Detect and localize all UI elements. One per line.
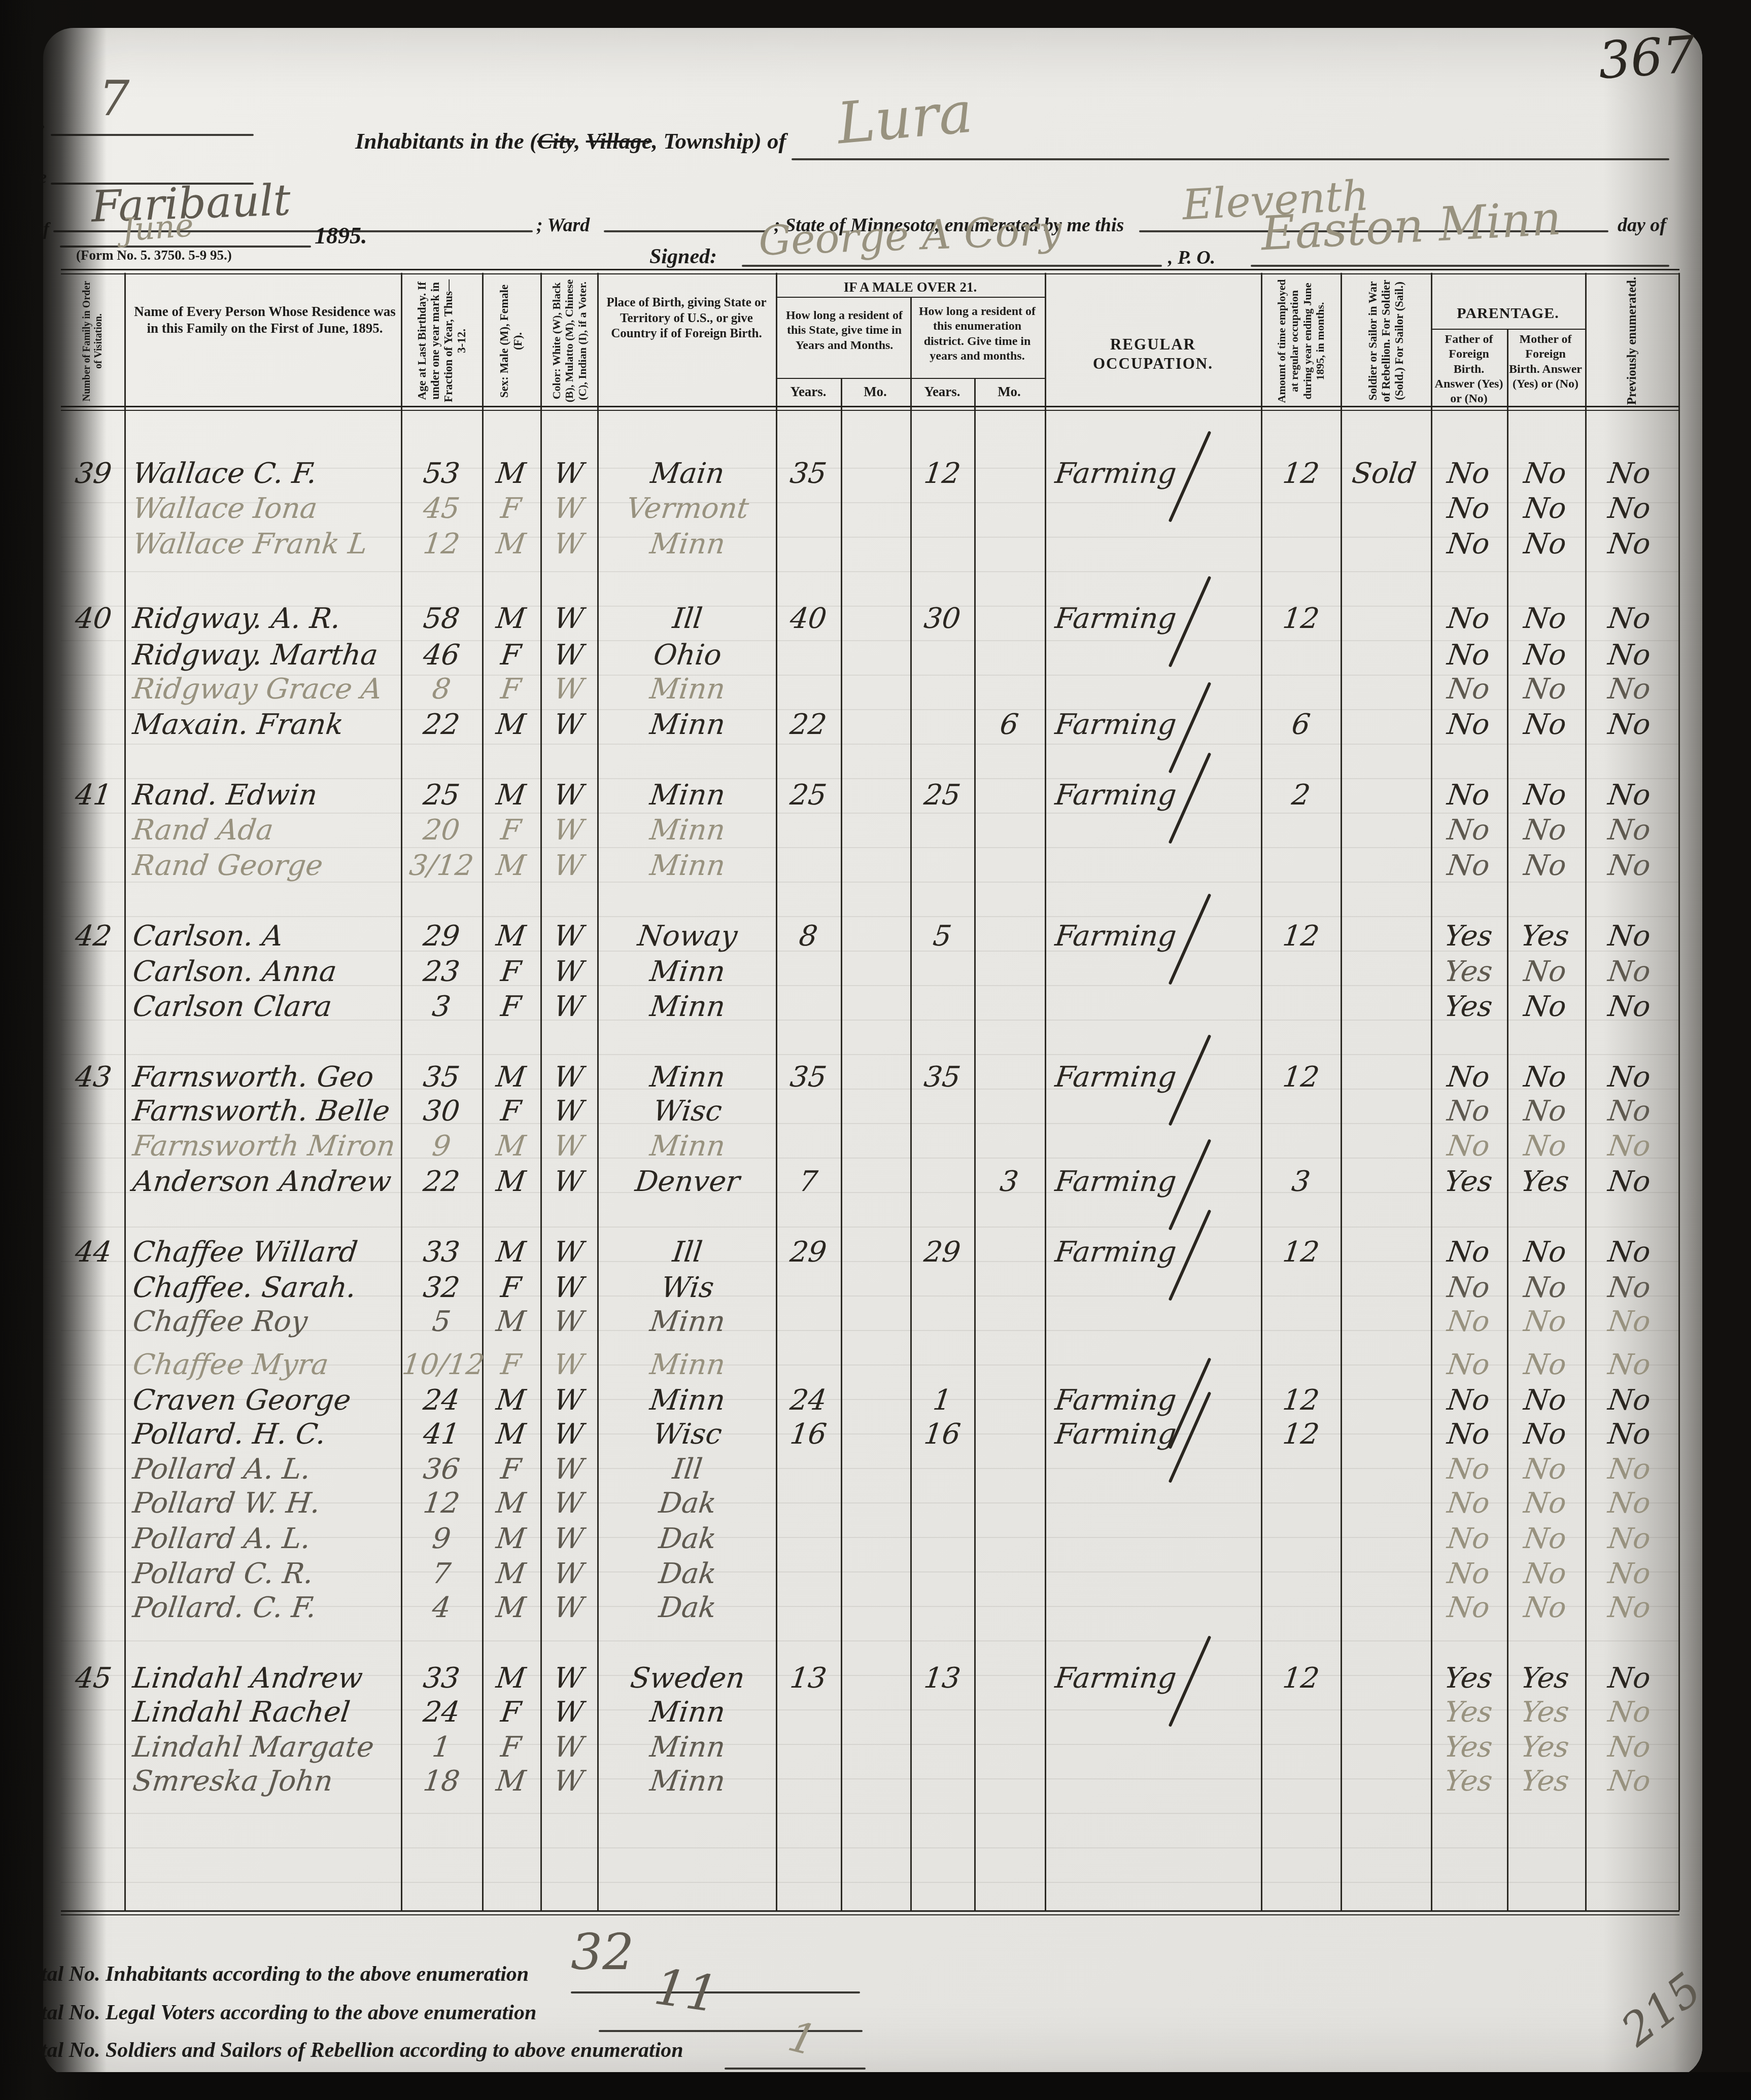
cell-fa: No [1429,521,1507,568]
cell-sex: M [480,1299,541,1345]
cell-color: W [539,984,598,1030]
cell-age: 18 [399,1758,483,1805]
cell-fa: No [1429,1585,1507,1631]
title-village-struck: Village [586,128,652,154]
col-header-father: Father of Foreign Birth. Answer (Yes) or… [1434,332,1504,406]
title-sep: , [574,128,586,154]
cell-sex: M [480,1159,541,1205]
title-line: Inhabitants in the (City, Village, Towns… [355,128,786,154]
table-rule [61,1914,1679,1915]
table-rule [974,378,976,1910]
cell-mo: 12 [1260,450,1341,497]
cell-occ: Farming [1052,1054,1261,1101]
cell-dm: 3 [973,1159,1045,1205]
cell-age: 4 [399,1585,483,1631]
cell-dy: 16 [909,1411,975,1458]
cell-mo: 6 [1260,702,1341,748]
cell-mo: 12 [1260,1411,1341,1458]
cell-sy: 22 [774,702,842,748]
table-rule [776,378,1045,379]
table-rule [910,297,912,1910]
cell-occ: Farming [1052,772,1261,819]
cell-name: Anderson Andrew [130,1159,402,1205]
cell-prev: No [1583,1159,1675,1205]
cell-mo: 12 [1260,913,1341,960]
cell-sy: 8 [774,913,842,960]
cell-mo2: No [1504,521,1586,568]
rule [599,2030,863,2032]
total-voters-value: 11 [651,1958,722,2024]
col-header-parentage: PARENTAGE. [1431,304,1585,323]
cell-mo: 12 [1260,1229,1341,1276]
ward-label: ; Ward [536,214,590,236]
cell-color: W [539,1585,598,1631]
page-bottom-edge [0,2072,1751,2100]
cell-sy: 25 [774,772,842,819]
cell-sex: M [480,521,541,568]
col-header-birthplace: Place of Birth, giving State or Territor… [600,295,773,342]
cell-color: W [539,1299,598,1345]
cell-age: 3 [399,984,483,1030]
cell-mo: 12 [1260,596,1341,642]
table-rule [841,378,842,1910]
cell-dy: 13 [909,1655,975,1702]
cell-occ: Farming [1052,596,1261,642]
rule [725,2068,866,2070]
cell-birth: Minn [598,984,776,1030]
cell-color: W [539,521,598,568]
cell-birth: Minn [598,1299,776,1345]
cell-prev: No [1583,1299,1675,1345]
col-header-age: Age at Last Birthday. If under one year … [401,276,483,406]
cell-age: 22 [399,702,483,748]
cell-mo: 2 [1260,772,1341,819]
cell-color: W [539,1758,598,1805]
cell-sy: 35 [774,1054,842,1101]
cell-sy: 29 [774,1229,842,1276]
cell-mo2: No [1504,843,1586,889]
col-header-name: Name of Every Person Whose Residence was… [133,303,397,337]
census-page-scan: 367 e No. 7 edule nty of Faribault Inhab… [0,0,1751,2100]
total-inhabitants-value: 32 [571,1923,634,1981]
col-header-years-state: Years. [777,383,839,400]
cell-fa: Yes [1429,1159,1507,1205]
col-header-resident-district: How long a resident of this enumeration … [916,304,1038,364]
cell-sy: 35 [774,450,842,497]
page-number: 367 [1596,24,1697,90]
rule [792,158,1669,160]
cell-dy: 25 [909,772,975,819]
cell-prev: No [1583,843,1675,889]
cell-sex: M [480,843,541,889]
cell-occ: Farming [1052,450,1261,497]
cell-sy: 7 [774,1159,842,1205]
cell-fa: No [1429,702,1507,748]
cell-age: 3/12 [399,843,483,889]
po-label: , P. O. [1168,247,1215,269]
col-header-occupation: REGULAR OCCUPATION. [1048,335,1258,373]
cell-sex: F [480,984,541,1030]
cell-age: 5 [399,1299,483,1345]
total-soldiers-label: Total No. Soldiers and Sailors of Rebell… [19,2038,683,2062]
cell-sy: 16 [774,1411,842,1458]
cell-sold: Sold [1337,450,1430,497]
cell-sy: 40 [774,596,842,642]
cell-sex: M [480,1585,541,1631]
cell-mo2: No [1504,1299,1586,1345]
cell-name: Chaffee Roy [130,1299,402,1345]
col-header-mo-district: Mo. [976,383,1043,400]
cell-mo2: Yes [1504,1159,1586,1205]
cell-name: Maxain. Frank [130,702,402,748]
cell-birth: Minn [598,702,776,748]
cell-occ: Farming [1052,1229,1261,1276]
cell-sex: M [480,1758,541,1805]
cell-name: Rand George [130,843,402,889]
cell-mo2: No [1504,1585,1586,1631]
cell-age: 12 [399,521,483,568]
table-rule [61,273,1679,274]
table-rule [1431,329,1585,330]
cell-prev: No [1583,1585,1675,1631]
cell-occ: Farming [1052,1655,1261,1702]
cell-dy: 29 [909,1229,975,1276]
cell-prev: No [1583,1758,1675,1805]
table-rule [61,1910,1679,1912]
cell-dm: 6 [973,702,1045,748]
cell-dy: 12 [909,450,975,497]
col-header-years-district: Years. [912,383,973,400]
table-rule [1045,273,1046,1910]
cell-name: Pollard. C. F. [130,1585,402,1631]
cell-name: Smreska John [130,1758,402,1805]
cell-dy: 30 [909,596,975,642]
cell-mo: 12 [1260,1655,1341,1702]
col-header-time-employed: Amount of time employed at regular occup… [1261,276,1341,406]
col-header-mo-state: Mo. [842,383,908,400]
cell-birth: Dak [598,1585,776,1631]
table-rule [1678,273,1680,1910]
cell-dy: 35 [909,1054,975,1101]
cell-color: W [539,1159,598,1205]
year-text: 1895. [315,222,367,249]
cell-occ: Farming [1052,702,1261,748]
cell-fa: No [1429,843,1507,889]
cell-mo: 3 [1260,1159,1341,1205]
cell-sex: M [480,702,541,748]
table-rule [61,410,1679,411]
cell-mo2: Yes [1504,1758,1586,1805]
col-header-color: Color: White (W), Black (B), Mulatto (M)… [541,276,598,406]
cell-birth: Denver [598,1159,776,1205]
cell-name: Carlson Clara [130,984,402,1030]
township-value: Lura [835,80,975,157]
cell-birth: Minn [598,843,776,889]
cell-mo2: No [1504,984,1586,1030]
cell-prev: No [1583,702,1675,748]
title-suffix: , Township) of [652,128,786,154]
table-rule [1341,273,1342,1910]
cell-occ: Farming [1052,913,1261,960]
cell-dy: 5 [909,913,975,960]
cell-name: Wallace Frank L [130,521,402,568]
cell-birth: Minn [598,1758,776,1805]
cell-birth: Minn [598,521,776,568]
col-header-resident-state: How long a resident of this State, give … [784,308,905,353]
table-rule [776,297,1045,298]
col-header-previously-enumerated: Previously enumerated. [1585,276,1679,406]
col-header-soldier: Soldier or Sailor in War of Rebellion. F… [1341,276,1431,406]
cell-fa: Yes [1429,984,1507,1030]
title-city-struck: City [537,128,574,154]
col-header-mother: Mother of Foreign Birth. Answer (Yes) or… [1509,332,1582,392]
cell-sy: 13 [774,1655,842,1702]
cell-prev: No [1583,521,1675,568]
dayof-label: day of [1618,214,1666,236]
col-header-sex: Sex: Male (M), Female (F). [482,276,540,406]
page-left-torn-edge [0,0,107,2100]
col-header-male-over-21: IF A MALE OVER 21. [776,279,1045,296]
cell-fa: No [1429,1299,1507,1345]
cell-age: 22 [399,1159,483,1205]
cell-color: W [539,843,598,889]
cell-fa: Yes [1429,1758,1507,1805]
rule [1251,265,1669,267]
title-prefix: Inhabitants in the ( [355,128,537,154]
signed-label: Signed: [649,244,717,269]
table-rule [124,273,126,1910]
cell-mo: 12 [1260,1054,1341,1101]
cell-color: W [539,702,598,748]
cell-prev: No [1583,984,1675,1030]
cell-mo2: No [1504,702,1586,748]
month-value: June [121,206,195,249]
cell-occ: Farming [1052,1159,1261,1205]
table-rule [61,269,1679,270]
cell-occ: Farming [1052,1411,1261,1458]
rule [604,230,766,232]
rule [742,265,1162,267]
